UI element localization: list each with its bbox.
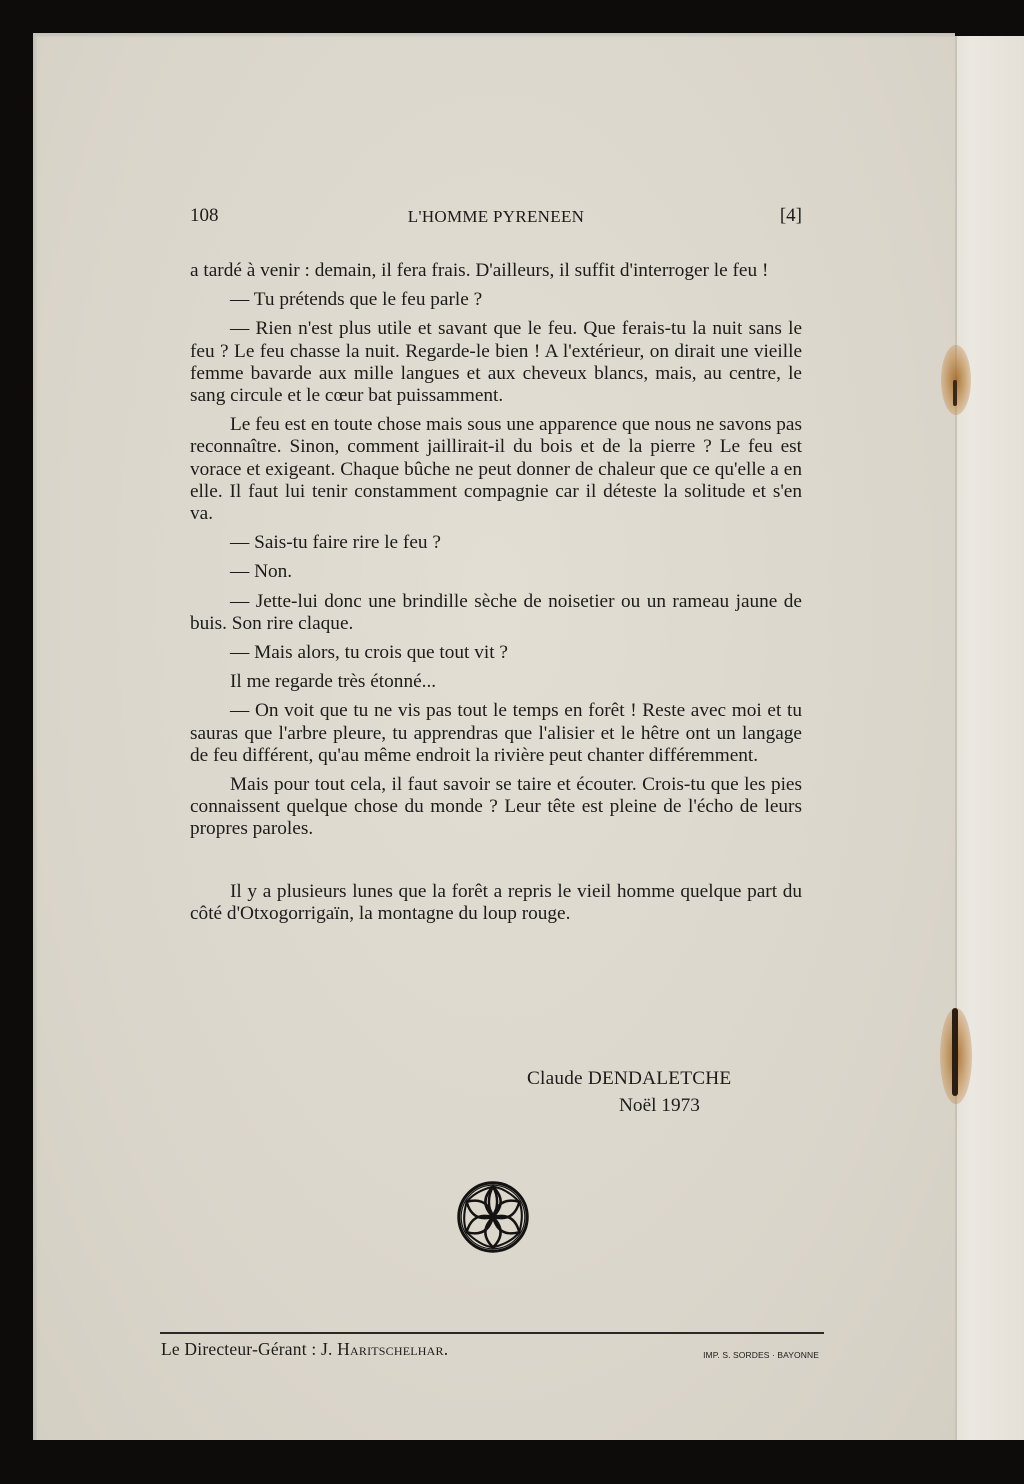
publisher-credit: Le Directeur-Gérant : J. Haritschelhar. — [161, 1339, 448, 1360]
paragraph: Il me regarde très étonné... — [190, 671, 802, 693]
footer-divider — [160, 1332, 824, 1334]
dialogue-line: — Non. — [190, 561, 802, 583]
running-header: 108 L'HOMME PYRENEEN [4] — [190, 205, 802, 231]
dialogue-line: — Jette-lui donc une brindille sèche de … — [190, 591, 802, 635]
signature-date: Noël 1973 — [619, 1095, 731, 1117]
director-label: Le Directeur-Gérant : J. — [161, 1339, 337, 1359]
part-marker: [4] — [780, 205, 802, 227]
paragraph: Mais pour tout cela, il faut savoir se t… — [190, 774, 802, 841]
staple-mark — [952, 1008, 958, 1096]
dialogue-line: — Rien n'est plus utile et savant que le… — [190, 318, 802, 407]
signature-block: Claude DENDALETCHE Noël 1973 — [527, 1068, 731, 1117]
closing-paragraph: Il y a plusieurs lunes que la forêt a re… — [190, 881, 802, 925]
staple-mark — [953, 380, 957, 406]
paragraph: Le feu est en toute chose mais sous une … — [190, 414, 802, 525]
journal-title: L'HOMME PYRENEEN — [190, 207, 802, 227]
dialogue-line: — On voit que tu ne vis pas tout le temp… — [190, 700, 802, 767]
dialogue-line: — Tu prétends que le feu parle ? — [190, 289, 802, 311]
dialogue-line: — Mais alors, tu crois que tout vit ? — [190, 642, 802, 664]
dialogue-line: — Sais-tu faire rire le feu ? — [190, 532, 802, 554]
article-body: a tardé à venir : demain, il fera frais.… — [190, 260, 802, 932]
hexafoil-rosette-icon — [455, 1179, 531, 1255]
author-name: Claude DENDALETCHE — [527, 1068, 731, 1090]
director-name: Haritschelhar. — [337, 1339, 448, 1359]
printer-credit: IMP. S. SORDES · BAYONNE — [703, 1350, 819, 1360]
facing-page-edge — [955, 36, 1024, 1440]
paragraph: a tardé à venir : demain, il fera frais.… — [190, 260, 802, 282]
